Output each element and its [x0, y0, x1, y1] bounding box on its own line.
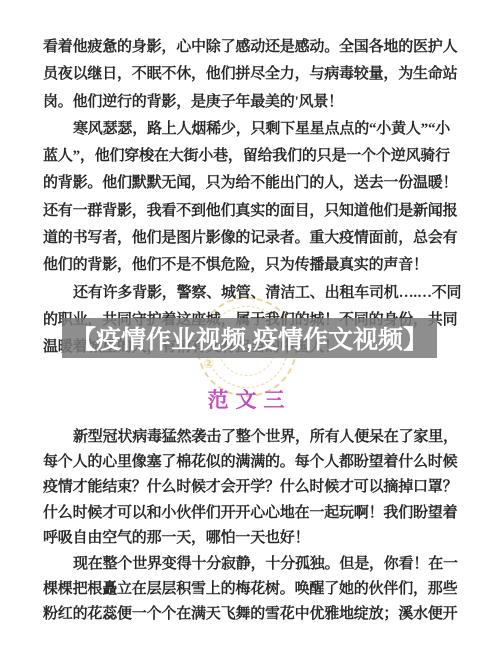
text-line: 寒风瑟瑟，路上人烟稀少，只剩下星星点点的“小黄人”“小	[43, 116, 456, 143]
text-line: 每个人的心里像塞了棉花似的满满的。每个人都盼望着什么时候	[43, 450, 456, 475]
text-section: 看着他疲惫的身影，心中除了感动还是感动。全国各地的医护人员夜以继日，不眠不休，他…	[43, 34, 456, 362]
text-line: 看着他疲惫的身影，心中除了感动还是感动。全国各地的医护人	[43, 34, 456, 61]
watermark-banner-text: 【疫情作业视频,疫情作文视频】	[71, 320, 428, 356]
text-line: 的背影。他们默默无闻，只为给不能出门的人，送去一份温暖！	[43, 170, 456, 197]
text-line: 他们的背影，他们不是不惧危险，只为传播最真实的声音！	[43, 252, 456, 279]
text-line: 棵棵把根矗立在层层积雪上的梅花树。唤醒了她的伙伴们，那些	[43, 577, 456, 602]
text-line: 呼吸自由空气的那一天，哪怕一天也好！	[43, 526, 456, 551]
paragraph: 新型冠状病毒猛然袭击了整个世界，所有人便呆在了家里，每个人的心里像塞了棉花似的满…	[43, 425, 456, 552]
section-heading: 范文三	[43, 388, 456, 412]
text-line: 员夜以继日，不眠不休，他们拼尽全力，与病毒较量，为生命站	[43, 61, 456, 88]
watermark-banner: 【疫情作业视频,疫情作文视频】	[62, 318, 437, 358]
paragraph: 看着他疲惫的身影，心中除了感动还是感动。全国各地的医护人员夜以继日，不眠不休，他…	[43, 34, 456, 116]
text-line: 新型冠状病毒猛然袭击了整个世界，所有人便呆在了家里，	[43, 425, 456, 450]
paragraph: 寒风瑟瑟，路上人烟稀少，只剩下星星点点的“小黄人”“小蓝人”，他们穿梭在大街小巷…	[43, 116, 456, 280]
text-line: 岗。他们逆行的背影，是庚子年最美的'风景！	[43, 89, 456, 116]
text-line: 什么时候才可以和小伙伴们开开心心地在一起玩啊！我们盼望着	[43, 501, 456, 526]
text-line: 道的书写者，他们是图片影像的记录者。重大疫情面前，总会有	[43, 225, 456, 252]
paragraph: 现在整个世界变得十分寂静，十分孤独。但是，你看！在一棵棵把根矗立在层层积雪上的梅…	[43, 552, 456, 628]
text-line: 疫情才能结束？什么时候才会开学？什么时候才可以摘掉口罩？	[43, 475, 456, 500]
text-line: 蓝人”，他们穿梭在大街小巷，留给我们的只是一个个逆风骑行	[43, 143, 456, 170]
text-line: 还有一群背影，我看不到他们真实的面目，只知道他们是新闻报	[43, 198, 456, 225]
document-page: ② 看着他疲惫的身影，心中除了感动还是感动。全国各地的医护人员夜以继日，不眠不休…	[0, 0, 500, 666]
text-line: 现在整个世界变得十分寂静，十分孤独。但是，你看！在一	[43, 552, 456, 577]
text-line: 粉红的花蕊便一个个在满天飞舞的雪花中优雅地绽放；溪水便开	[43, 602, 456, 627]
text-line: 还有许多背影，警察、城管、清洁工、出租车司机….…不同	[43, 280, 456, 307]
text-section: 新型冠状病毒猛然袭击了整个世界，所有人便呆在了家里，每个人的心里像塞了棉花似的满…	[43, 425, 456, 628]
